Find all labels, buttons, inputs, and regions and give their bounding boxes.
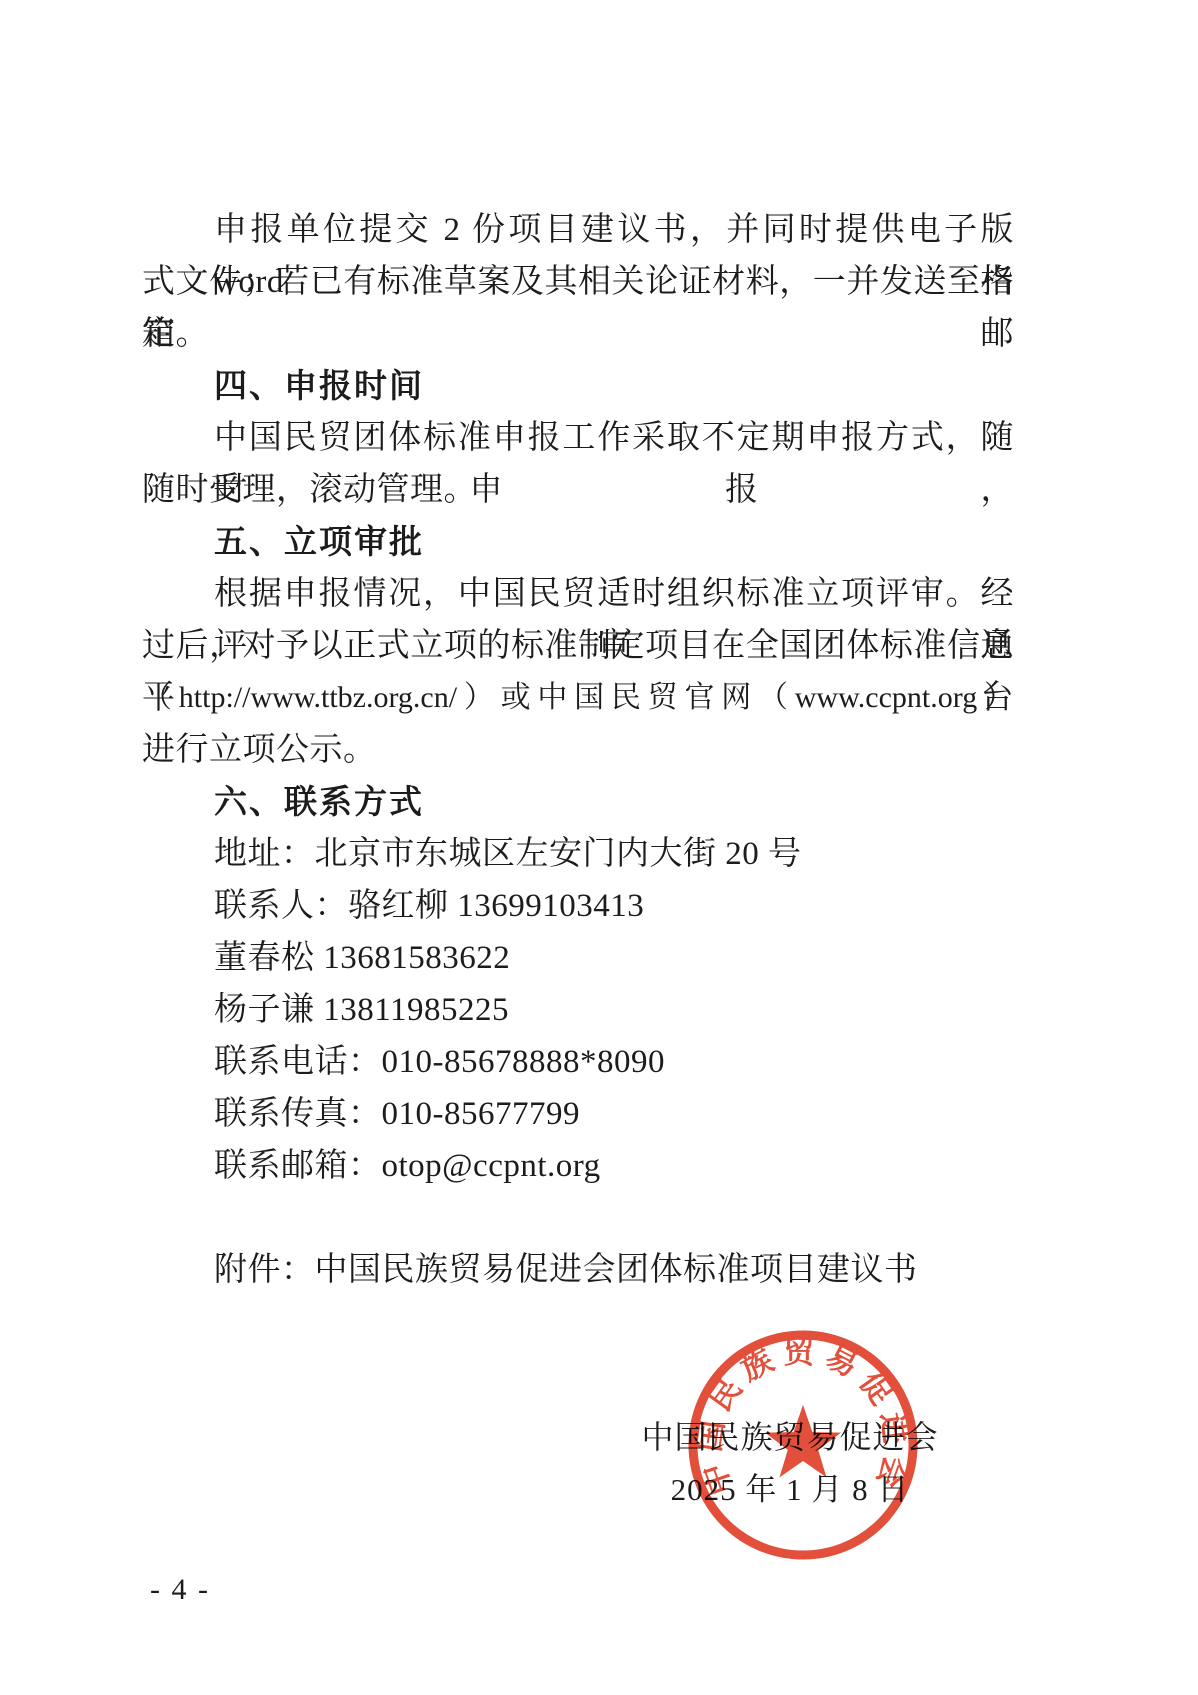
text-line: 联系传真：010-85677799: [142, 1088, 1014, 1140]
text-line: 过后，对予以正式立项的标准制定项目在全国团体标准信息平台: [142, 620, 1014, 672]
text-line: 根据申报情况，中国民贸适时组织标准立项评审。经评审通: [142, 568, 1014, 620]
page-number: - 4 -: [150, 1564, 210, 1616]
text-line: 联系电话：010-85678888*8090: [142, 1036, 1014, 1088]
heading-line: 五、立项审批: [142, 516, 1014, 568]
text-line: 联系邮箱：otop@ccpnt.org: [142, 1140, 1014, 1192]
signature-date: 2025 年 1 月 8 日: [562, 1464, 1018, 1516]
text-line: 杨子谦 13811985225: [142, 984, 1014, 1036]
text-line: 联系人：骆红柳 13699103413: [142, 880, 1014, 932]
text-line: 中国民贸团体标准申报工作采取不定期申报方式，随时申报，: [142, 412, 1014, 464]
heading-line: 六、联系方式: [142, 776, 1014, 828]
text-line: 附件：中国民族贸易促进会团体标准项目建议书: [142, 1244, 1014, 1296]
text-line: [142, 1192, 1014, 1244]
text-line: （http://www.ttbz.org.cn/）或中国民贸官网（www.ccp…: [142, 672, 1014, 724]
document-page: 申报单位提交 2 份项目建议书，并同时提供电子版 word 格式文件；若已有标准…: [0, 0, 1198, 1695]
body-text: 申报单位提交 2 份项目建议书，并同时提供电子版 word 格式文件；若已有标准…: [142, 204, 1014, 1296]
text-line: 申报单位提交 2 份项目建议书，并同时提供电子版 word 格: [142, 204, 1014, 256]
heading-line: 四、申报时间: [142, 360, 1014, 412]
text-line: 地址：北京市东城区左安门内大街 20 号: [142, 828, 1014, 880]
text-line: 董春松 13681583622: [142, 932, 1014, 984]
text-line: 式文件；若已有标准草案及其相关论证材料，一并发送至指定邮: [142, 256, 1014, 308]
text-line: 进行立项公示。: [142, 724, 1014, 776]
signature-org: 中国民族贸易促进会: [562, 1411, 1018, 1463]
